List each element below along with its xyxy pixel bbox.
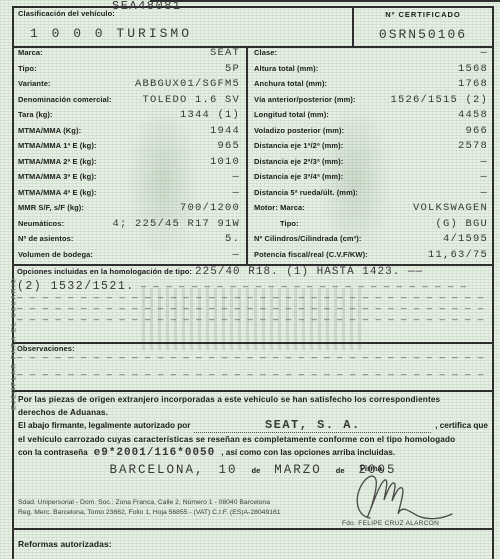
spec-row-mtma-1e: MTMA/MMA 1ª E (kg):965	[14, 140, 244, 156]
signed-by-label: Fdo. FELIPE CRUZ ALARCON	[342, 520, 439, 527]
spec-row-motor-marca: Motor: Marca:VOLKSWAGEN	[250, 202, 492, 218]
spec-row-via: Vía anterior/posterior (mm):1526/1515 (2…	[250, 94, 492, 110]
spec-row-voladizo: Voladizo posterior (mm):966	[250, 125, 492, 141]
options-typed-line1: 225/40 R18. (1) HASTA 1423. ——	[195, 266, 423, 278]
spec-row-dist-2-3: Distancia eje 2ª/3ª (mm):—	[250, 156, 492, 172]
dash-filler: — — — — — — — — — — — — — — — — — — — — …	[17, 315, 489, 326]
top-edge-line	[150, 0, 500, 2]
spec-table: Marca:SEAT Tipo:5P Variante:ABBGUX01/SGF…	[12, 46, 494, 264]
spec-row-neumaticos: Neumáticos:4; 225/45 R17 91W	[14, 218, 244, 234]
spec-row-motor-tipo: Tipo:(G) BGU	[250, 218, 492, 234]
stamp-number: SEA48081	[112, 0, 182, 13]
spec-row-mmr: MMR S/F, s/F (kg):700/1200	[14, 202, 244, 218]
signer-line: El abajo firmante, legalmente autorizado…	[18, 419, 488, 433]
certificate-number-value: 0SRN50106	[352, 27, 494, 42]
spec-row-tara: Tara (kg):1344 (1)	[14, 109, 244, 125]
spec-column-right: Clase:— Altura total (mm):1568 Anchura t…	[250, 47, 492, 264]
spec-column-left: Marca:SEAT Tipo:5P Variante:ABBGUX01/SGF…	[14, 47, 244, 264]
reforms-label: Reformas autorizadas:	[18, 539, 112, 549]
spec-row-potencia: Potencia fiscal/real (C.V.F/KW):11,63/75	[250, 249, 492, 265]
spec-row-asientos: Nº de asientos:5.	[14, 233, 244, 249]
spec-row-cilindrada: Nº Cilindros/Cilindrada (cm³):4/1595	[250, 233, 492, 249]
dash-filler: — — — — — — — — — — — — — — — — — — — — …	[141, 282, 467, 293]
spec-row-mtma-4e: MTMA/MMA 4ª E (kg):—	[14, 187, 244, 203]
spec-row-altura: Altura total (mm):1568	[250, 63, 492, 79]
spec-row-dist-5rueda: Distancia 5ª rueda/últ. (mm):—	[250, 187, 492, 203]
options-label: Opciones incluidas en la homologación de…	[17, 267, 192, 276]
day-value: 10	[218, 463, 237, 477]
dash-filler: — — — — — — — — — — — — — — — — — — — — …	[17, 293, 489, 304]
options-section: Opciones incluidas en la homologación de…	[12, 264, 494, 342]
options-typed-line2: (2) 1532/1521.	[17, 280, 135, 293]
dash-filler: — — — — — — — — — — — — — — — — — — — — …	[17, 353, 489, 364]
dash-filler: — — — — — — — — — — — — — — — — — — — — …	[17, 304, 489, 315]
city-value: BARCELONA,	[109, 463, 204, 477]
approval-code-value: e9*2001/116*0050	[94, 446, 216, 460]
conformity-line: el vehículo carrozado cuyas característi…	[18, 433, 488, 446]
spec-row-variante: Variante:ABBGUX01/SGFM5	[14, 78, 244, 94]
spec-row-mtma: MTMA/MMA (Kg):1944	[14, 125, 244, 141]
reforms-section: Reformas autorizadas:	[12, 528, 494, 559]
approval-code-line: con la contraseña e9*2001/116*0050 , así…	[18, 446, 488, 460]
observations-label: Observaciones:	[17, 344, 489, 353]
certificate-number-label: Nº CERTIFICADO	[352, 10, 494, 19]
observations-section: Observaciones: — — — — — — — — — — — — —…	[12, 342, 494, 390]
spec-row-longitud: Longitud total (mm):4458	[250, 109, 492, 125]
classification-label: Clasificación del vehículo:	[18, 9, 115, 18]
spec-row-marca: Marca:SEAT	[14, 47, 244, 63]
spec-row-tipo: Tipo:5P	[14, 63, 244, 79]
header-section: Clasificación del vehículo: SEA48081 1 0…	[12, 6, 494, 46]
authorized-by-value: SEAT, S. A.	[265, 418, 361, 432]
vehicle-certificate-document: EJEMPLAR PARA EL USUARIO Clasificación d…	[0, 0, 500, 559]
spec-row-bodega: Volumen de bodega:—	[14, 249, 244, 265]
spec-row-anchura: Anchura total (mm):1768	[250, 78, 492, 94]
spec-row-dist-1-2: Distancia eje 1ª/2ª (mm):2578	[250, 140, 492, 156]
spec-row-clase: Clase:—	[250, 47, 492, 63]
spec-row-mtma-3e: MTMA/MMA 3ª E (kg):—	[14, 171, 244, 187]
spec-row-mtma-2e: MTMA/MMA 2ª E (kg):1010	[14, 156, 244, 172]
spec-row-dist-3-4: Distancia eje 3ª/4ª (mm):—	[250, 171, 492, 187]
company-registration-text: Sdad. Unipersonal - Dom. Soc.: Zona Fran…	[18, 498, 281, 517]
customs-line-1: Por las piezas de origen extranjero inco…	[18, 393, 488, 406]
spec-column-divider	[246, 46, 248, 264]
authorized-by-field: SEAT, S. A.	[194, 419, 431, 433]
dash-filler: — — — — — — — — — — — — — — — — — — — — …	[17, 370, 489, 381]
month-value: MARZO	[274, 463, 322, 477]
signature	[340, 468, 470, 526]
customs-line-2: derechos de Aduanas.	[18, 406, 488, 419]
classification-value: 1 0 0 0 TURISMO	[30, 26, 192, 41]
spec-row-denominacion: Denominación comercial:TOLEDO 1.6 SV	[14, 94, 244, 110]
